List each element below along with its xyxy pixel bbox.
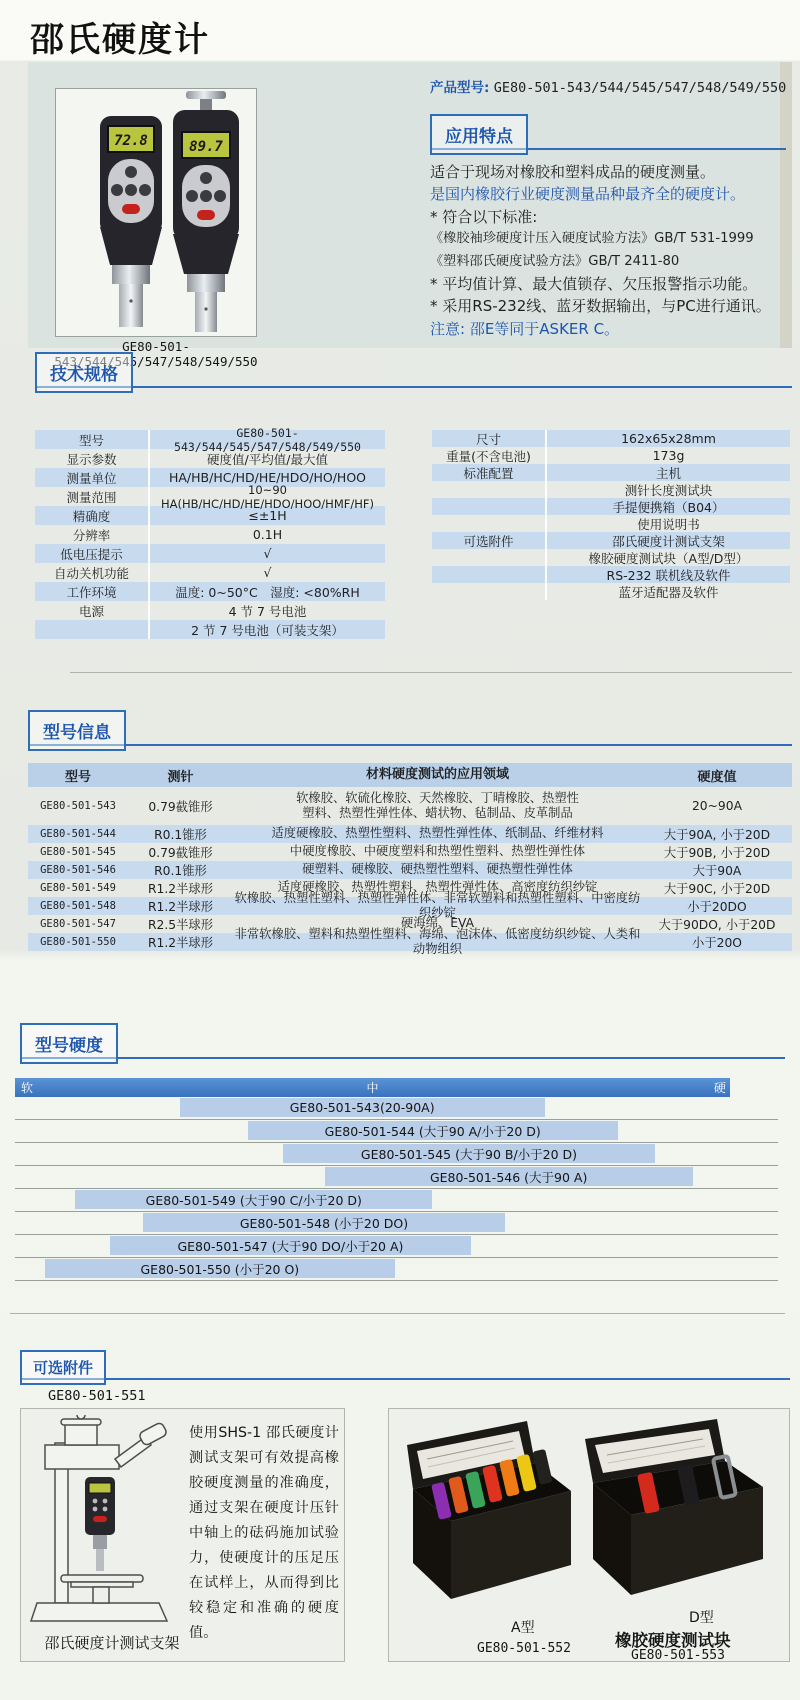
spec-row: RS-232 联机线及软件 [432,566,790,583]
chart-bar: GE80-501-543(20-90A) [180,1098,545,1117]
features-list: 适合于现场对橡胶和塑料成品的硬度测量。 是国内橡胶行业硬度测量品种最齐全的硬度计… [430,161,786,340]
spec-row: 橡胶硬度测试块（A型/D型） [432,549,790,566]
feature-line: 适合于现场对橡胶和塑料成品的硬度测量。 [430,161,786,183]
chart-bar: GE80-501-549 (大于90 C/小于20 D) [75,1190,432,1209]
model-info-row: GE80-501-543 0.79截锥形 软橡胶、软硫化橡胶、天然橡胶、丁晴橡胶… [28,787,792,825]
chart-row: GE80-501-543(20-90A) [15,1097,778,1120]
product-model-label: 产品型号: [430,80,489,96]
lcd-right-value: 89.7 [189,139,223,155]
tab-model-hardness: 型号硬度 [20,1023,118,1064]
model-info-table: 型号 测针 材料硬度测试的应用领域 硬度值 GE80-501-543 0.79截… [28,763,792,951]
spec-row: 手提便携箱（B04） [432,498,790,515]
model-info-row: GE80-501-544 R0.1锥形 适度硬橡胶、热塑性塑料、热塑性弹性体、纸… [28,825,792,843]
d-type-label: D型 [689,1607,714,1627]
chart-row: GE80-501-546 (大于90 A) [15,1166,778,1189]
chart-bar: GE80-501-544 (大于90 A/小于20 D) [248,1121,618,1140]
page-title: 邵氏硬度计 [30,12,210,61]
chart-row: GE80-501-549 (大于90 C/小于20 D) [15,1189,778,1212]
test-block-kits-photo [395,1417,785,1617]
spec-row: 重量(不含电池)173g [432,447,790,464]
axis-soft-label: 软 [21,1079,33,1096]
section-divider [70,672,792,673]
model-info-row: GE80-501-548 R1.2半球形 软橡胶、热塑性塑料、热塑性弹性体、非常… [28,897,792,915]
accessories-rule [20,1378,790,1380]
model-info-row: GE80-501-550 R1.2半球形 非常软橡胶、塑料和热塑性塑料、海绵、泡… [28,933,792,951]
spec-row: 2 节 7 号电池（可装支架） [35,620,385,639]
durometer-photo-illustration: 72.8 [56,89,256,334]
chart-bar: GE80-501-550 (小于20 O) [45,1259,395,1278]
axis-mid-label: 中 [366,1079,378,1096]
product-model-value: GE80-501-543/544/545/547/548/549/550 [494,80,787,96]
spec-row: 使用说明书 [432,515,790,532]
chart-bar: GE80-501-548 (小于20 DO) [143,1213,505,1232]
spec-row: 可选附件邵氏硬度计测试支架 [432,532,790,549]
chart-row: GE80-501-548 (小于20 DO) [15,1212,778,1235]
spec-row: 尺寸162x65x28mm [432,430,790,447]
feature-line: * 平均值计算、最大值锁存、欠压报警指示功能。 [430,273,786,295]
spec-row: 精确度≤±1H [35,506,385,525]
feature-line: 是国内橡胶行业硬度测量品种最齐全的硬度计。 [430,183,786,205]
tab-features: 应用特点 [430,114,528,155]
spec-row: 自动关机功能√ [35,563,385,582]
stand-model-number: GE80-501-551 [48,1388,146,1404]
chart-row: GE80-501-547 (大于90 DO/小于20 A) [15,1235,778,1258]
stand-caption: 邵氏硬度计测试支架 [27,1632,197,1653]
a-type-model: GE80-501-552 [477,1641,571,1656]
tech-specs-rule [35,386,792,388]
a-type-label: A型 [511,1617,535,1637]
feature-note: 注意: 邵E等同于ASKER C。 [430,318,786,340]
tab-tech-specs: 技术规格 [35,352,133,393]
model-info-row: GE80-501-546 R0.1锥形 硬塑料、硬橡胶、硬热塑性塑料、硬热塑性弹… [28,861,792,879]
spec-row: 标准配置主机 [432,464,790,481]
spec-row: 电源4 节 7 号电池 [35,601,385,620]
spec-row: 测量范围10~90 HA(HB/HC/HD/HE/HDO/HOO/HMF/HF) [35,487,385,506]
chart-row: GE80-501-544 (大于90 A/小于20 D) [15,1120,778,1143]
feature-line: 《塑料邵氏硬度试验方法》GB/T 2411-80 [430,251,786,273]
stand-box: 邵氏硬度计测试支架 使用SHS-1 邵氏硬度计测试支架可有效提高橡胶硬度测量的准… [20,1408,345,1662]
case-d [585,1419,763,1595]
spec-row: 型号GE80-501-543/544/545/547/548/549/550 [35,430,385,449]
hardness-axis-bar: 软 中 硬 [15,1078,730,1097]
chart-bar: GE80-501-546 (大于90 A) [325,1167,693,1186]
spec-row: 工作环境温度: 0~50°C 湿度: <80%RH [35,582,385,601]
d-type-model: GE80-501-553 [631,1648,725,1663]
spec-table-right: 尺寸162x65x28mm 重量(不含电池)173g 标准配置主机 测针长度测试… [432,430,790,600]
chart-bar: GE80-501-545 (大于90 B/小于20 D) [283,1144,655,1163]
hardness-chart: 软 中 硬 GE80-501-543(20-90A) GE80-501-544 … [15,1078,778,1281]
tab-accessories: 可选附件 [20,1350,106,1385]
tab-model-info: 型号信息 [28,710,126,751]
durometer-left: 72.8 [100,116,162,327]
test-blocks-box: A型 GE80-501-552 D型 橡胶硬度测试块 GE80-501-553 [388,1408,790,1662]
durometer-right: 89.7 [173,91,239,332]
spec-row: 分辨率0.1H [35,525,385,544]
chart-row: GE80-501-545 (大于90 B/小于20 D) [15,1143,778,1166]
chart-row: GE80-501-550 (小于20 O) [15,1258,778,1281]
axis-hard-label: 硬 [714,1079,726,1096]
lcd-left-value: 72.8 [114,133,148,149]
feature-line: 《橡胶袖珍硬度计压入硬度试验方法》GB/T 531-1999 [430,228,786,250]
chart-bar: GE80-501-547 (大于90 DO/小于20 A) [110,1236,470,1255]
case-a [407,1421,571,1599]
feature-line: * 符合以下标准: [430,206,786,228]
model-info-header: 型号 测针 材料硬度测试的应用领域 硬度值 [28,763,792,787]
spec-row: 低电压提示√ [35,544,385,563]
hero-panel: 72.8 [28,62,792,348]
product-photo-frame: 72.8 [55,88,257,337]
feature-line: * 采用RS-232线、蓝牙数据输出，与PC进行通讯。 [430,295,786,317]
spec-row: 测针长度测试块 [432,481,790,498]
spec-row: 蓝牙适配器及软件 [432,583,790,600]
product-model-line: 产品型号: GE80-501-543/544/545/547/548/549/5… [430,76,786,96]
model-info-row: GE80-501-545 0.79截锥形 中硬度橡胶、中硬度塑料和热塑性塑料、热… [28,843,792,861]
section-divider [10,1313,785,1314]
spec-table-left: 型号GE80-501-543/544/545/547/548/549/550 显… [35,430,385,639]
model-info-rule [28,744,792,746]
mounted-durometer [85,1477,115,1571]
datasheet-page: 邵氏硬度计 72.8 [0,0,800,1700]
spec-row: 显示参数硬度值/平均值/最大值 [35,449,385,468]
stand-description: 使用SHS-1 邵氏硬度计测试支架可有效提高橡胶硬度测量的准确度，通过支架在硬度… [189,1421,339,1646]
test-stand-illustration [27,1415,182,1627]
model-hardness-rule [20,1057,785,1059]
